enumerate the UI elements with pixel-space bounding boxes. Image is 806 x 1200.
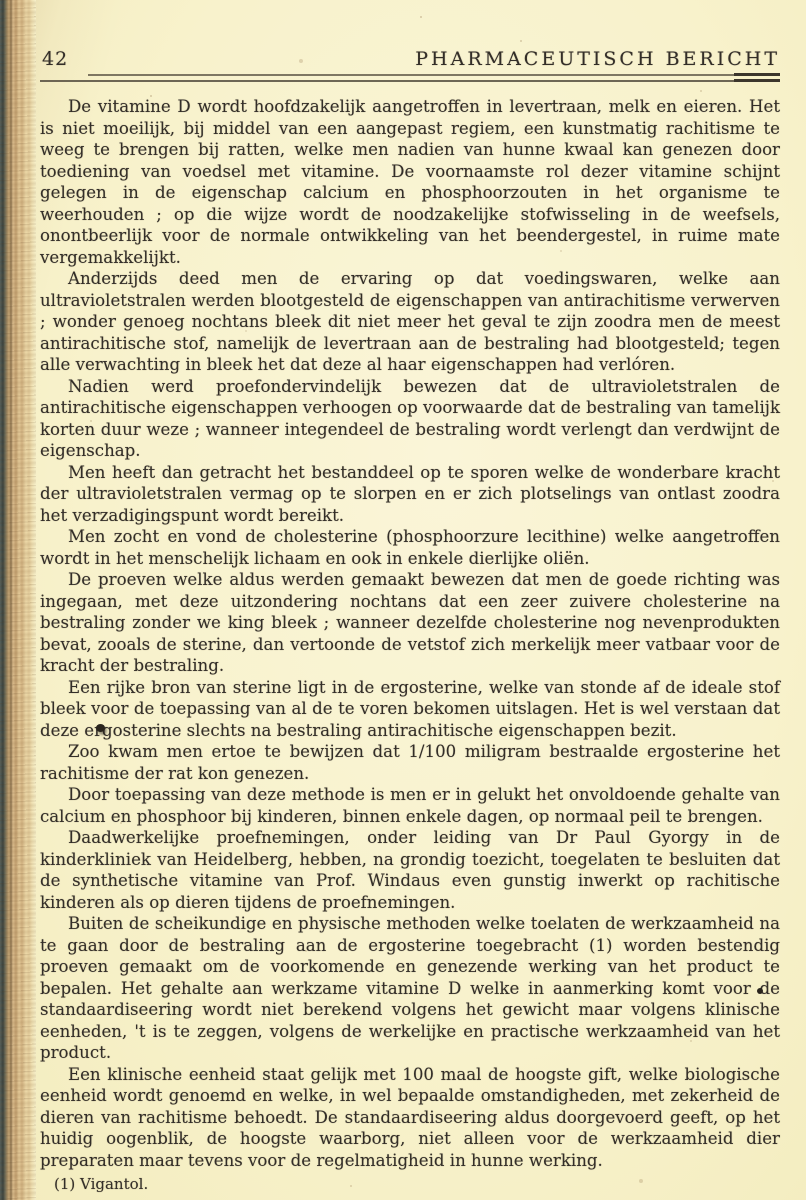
page-header: 42 PHARMACEUTISCH BERICHT [40,48,780,70]
paragraph-cholesterine: Men zocht en vond de cholesterine (phosp… [40,526,780,569]
paragraph-bewijs-rat: Zoo kwam men ertoe te bewijzen dat 1/100… [40,741,780,784]
paragraph-proeven-richting: De proeven welke aldus werden gemaakt be… [40,569,780,677]
scanned-page: 42 PHARMACEUTISCH BERICHT De vitamine D … [0,0,806,1200]
header-rule-top [88,74,780,76]
header-rule-bottom [40,80,780,82]
paragraph-methode-kinderen: Door toepassing van deze methode is men … [40,784,780,827]
paragraph-standaardiseering: Buiten de scheikundige en physische meth… [40,913,780,1064]
header-rule-top-end [734,73,780,76]
paragraph-bestanddeel-opsporen: Men heeft dan getracht het bestanddeel o… [40,462,780,527]
paragraph-gyorgy-heidelberg: Daadwerkelijke proefnemingen, onder leid… [40,827,780,913]
paragraph-ergosterine: Een rijke bron van sterine ligt in de er… [40,677,780,742]
footnote-vigantol: (1) Vigantol. [40,1174,780,1196]
header-rule-bottom-end [734,79,780,82]
book-binding-edge [0,0,36,1200]
paragraph-bestraling-duur: Nadien werd proefondervindelijk bewezen … [40,376,780,462]
paragraph-ultravioletstralen: Anderzijds deed men de ervaring op dat v… [40,268,780,376]
ink-blot-small [757,988,763,994]
page-number: 42 [40,48,68,70]
ink-blot [96,724,105,732]
paragraph-vitamine-d-bronnen: De vitamine D wordt hoofdzakelijk aanget… [40,96,780,268]
article-body: De vitamine D wordt hoofdzakelijk aanget… [40,96,780,1196]
paragraph-klinische-eenheid: Een klinische eenheid staat gelijk met 1… [40,1064,780,1172]
journal-title: PHARMACEUTISCH BERICHT [415,48,780,70]
